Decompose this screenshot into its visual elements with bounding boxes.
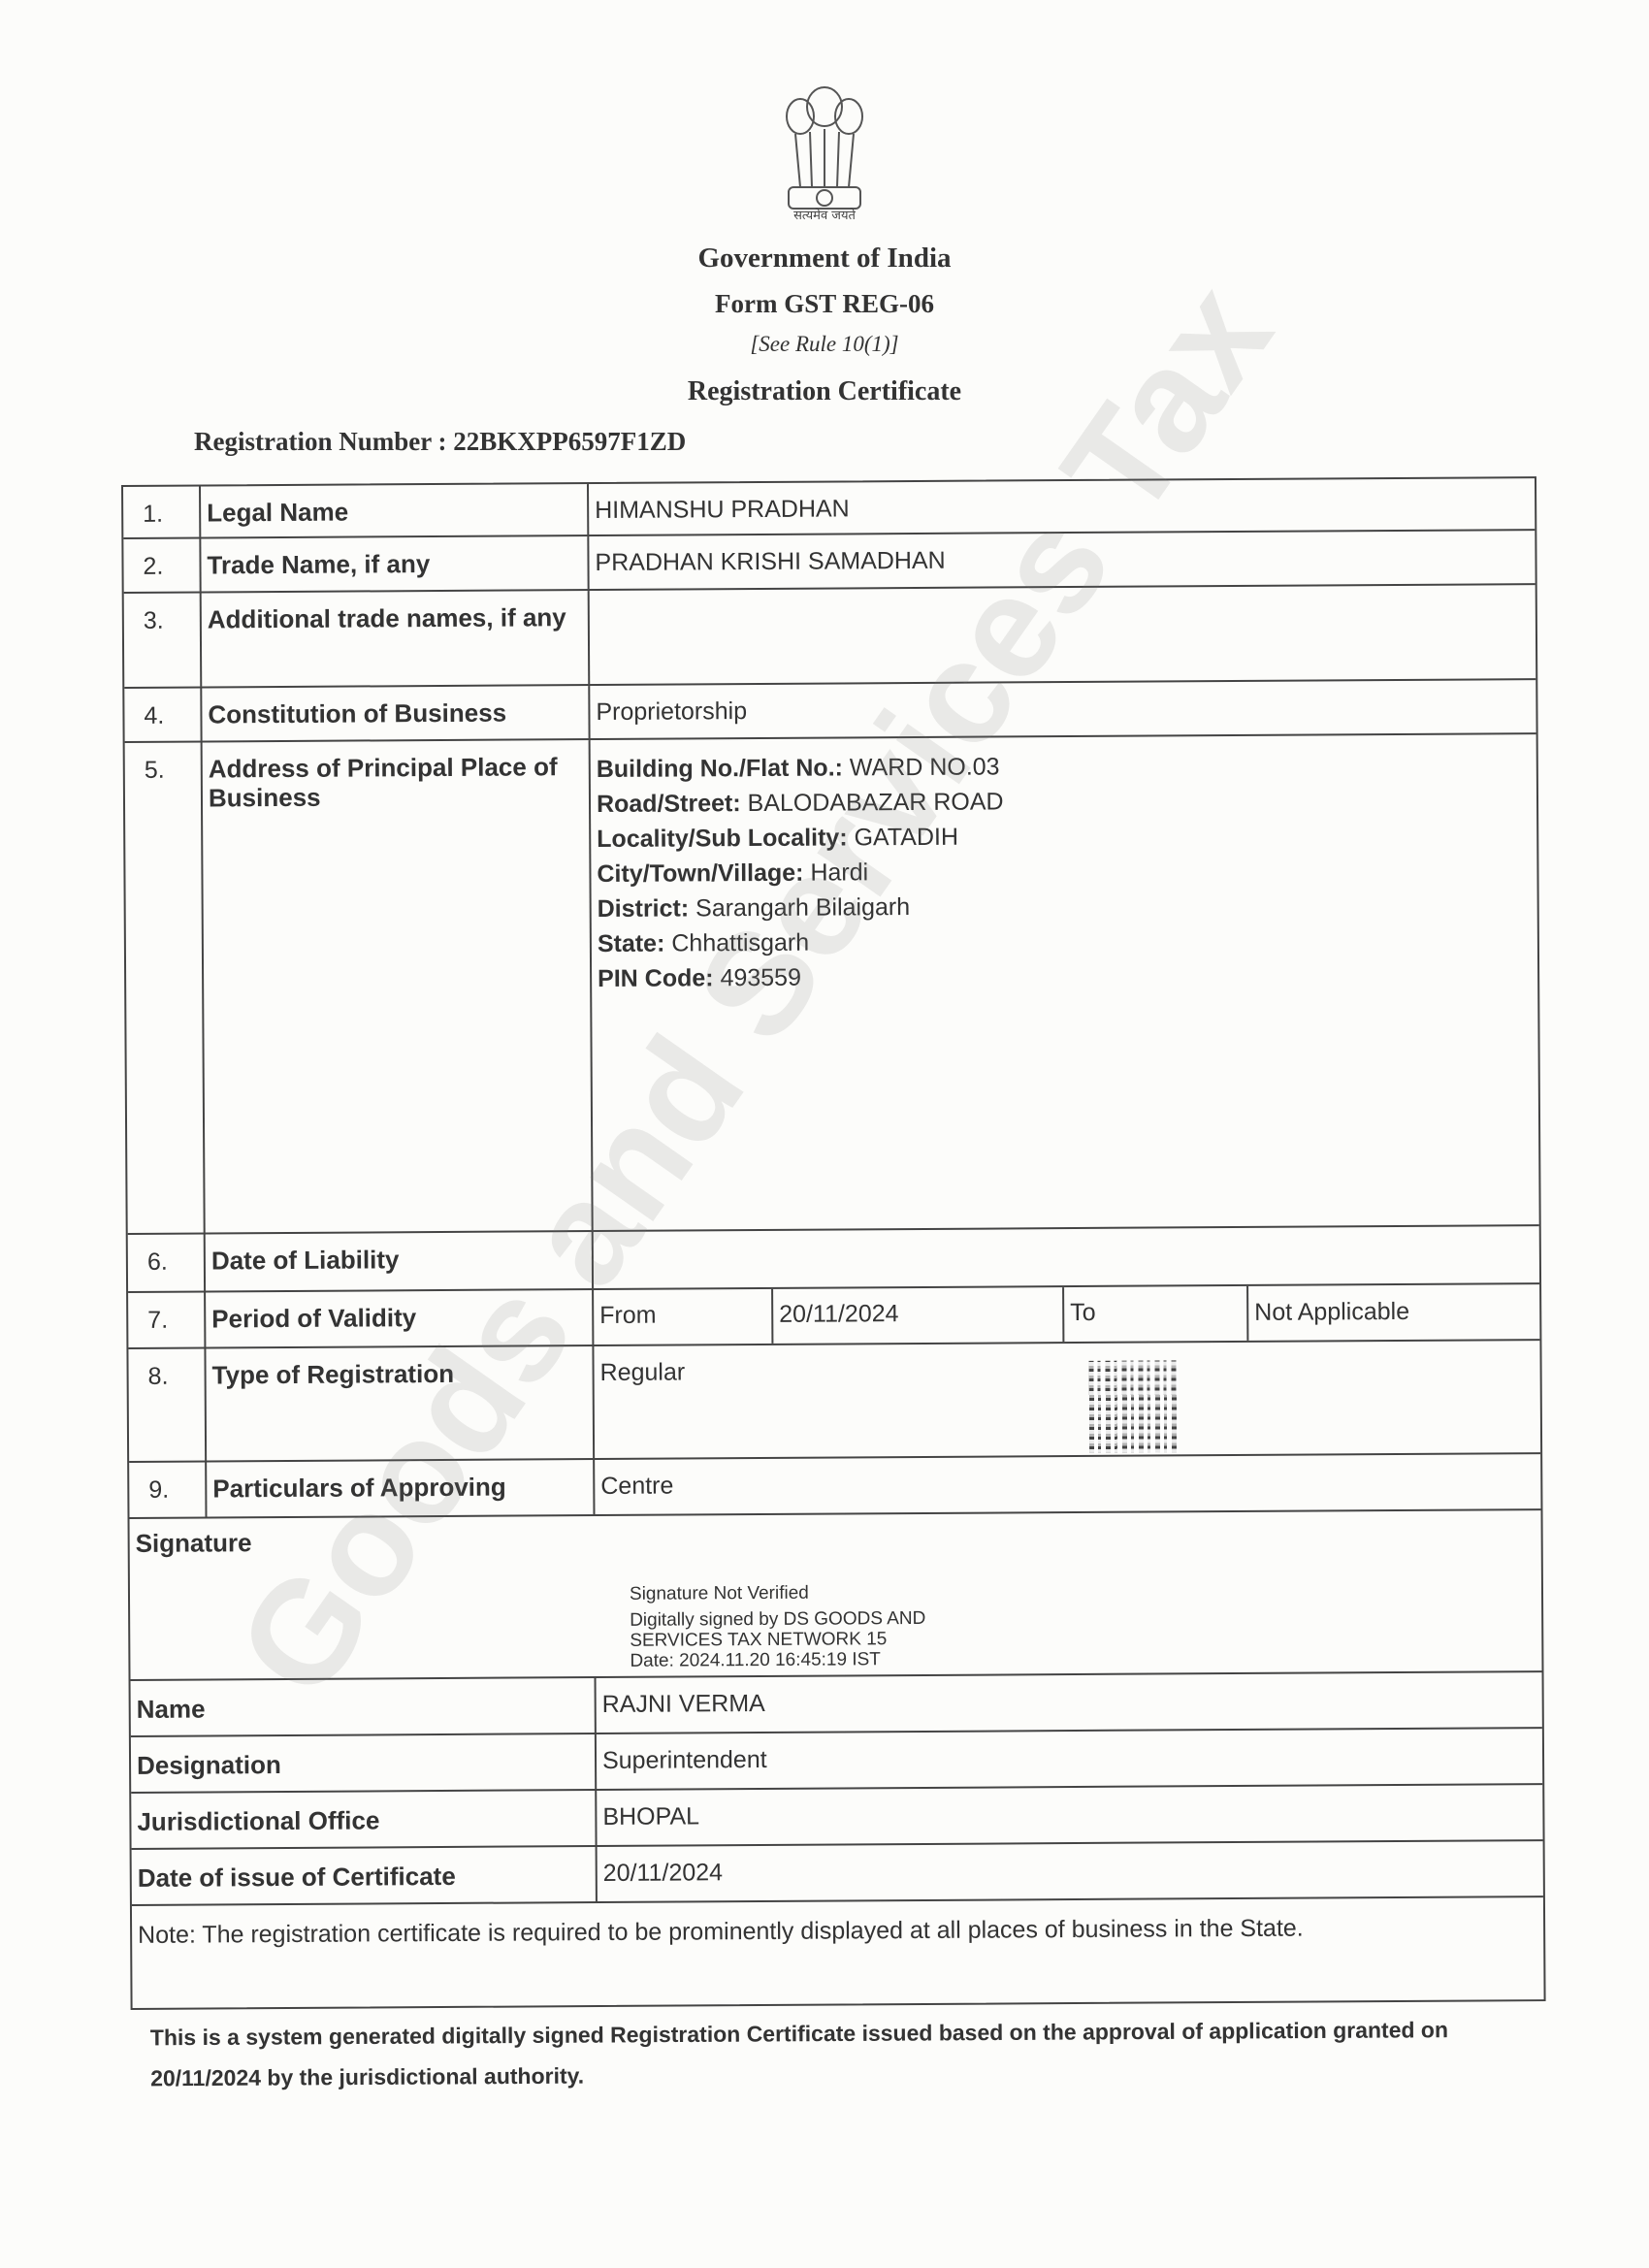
rule-reference: [See Rule 10(1)]	[0, 332, 1649, 357]
table-row: 7. Period of Validity From 20/11/2024 To…	[128, 1284, 1539, 1349]
issue-date-value: 20/11/2024	[598, 1841, 1543, 1901]
form-title: Form GST REG-06	[0, 289, 1649, 319]
officer-name-value: RAJNI VERMA	[597, 1672, 1542, 1733]
table-row: Date of issue of Certificate 20/11/2024	[132, 1841, 1543, 1906]
additional-trade-names-value	[590, 585, 1536, 684]
table-row: 6. Date of Liability	[128, 1226, 1539, 1293]
qr-code-icon	[1089, 1360, 1180, 1453]
footer-statement: This is a system generated digitally sig…	[150, 2009, 1528, 2099]
validity-from-value: 20/11/2024	[773, 1287, 1064, 1344]
table-row: 9. Particulars of Approving Centre	[129, 1454, 1540, 1519]
table-row: Jurisdictional Office BHOPAL	[131, 1785, 1542, 1850]
table-row: Designation Superintendent	[131, 1729, 1542, 1794]
certificate-table: 1. Legal Name HIMANSHU PRADHAN 2. Trade …	[121, 476, 1546, 2010]
legal-name-value: HIMANSHU PRADHAN	[589, 478, 1535, 535]
table-row: 1. Legal Name HIMANSHU PRADHAN	[123, 478, 1535, 539]
table-row: 4. Constitution of Business Proprietorsh…	[124, 680, 1536, 743]
approving-authority-value: Centre	[595, 1454, 1540, 1514]
national-emblem-icon	[771, 76, 878, 221]
emblem-motto: सत्यमेव जयते	[771, 206, 878, 223]
table-row: 8. Type of Registration Regular	[128, 1341, 1540, 1463]
validity-to-value: Not Applicable	[1248, 1284, 1539, 1341]
constitution-value: Proprietorship	[590, 680, 1536, 738]
trade-name-value: PRADHAN KRISHI SAMADHAN	[589, 531, 1535, 589]
display-note: Note: The registration certificate is re…	[132, 1897, 1544, 2008]
government-title: Government of India	[0, 243, 1649, 275]
table-row: Name RAJNI VERMA	[131, 1672, 1542, 1737]
designation-value: Superintendent	[597, 1729, 1542, 1789]
table-row: 5. Address of Principal Place of Busines…	[125, 734, 1539, 1235]
signature-block: Signature Signature Not Verified Digital…	[130, 1510, 1542, 1681]
address-value: Building No./Flat No.: WARD NO.03 Road/S…	[591, 734, 1539, 1230]
table-row: 3. Additional trade names, if any	[124, 585, 1536, 689]
registration-number: Registration Number : 22BKXPP6597F1ZD	[194, 427, 686, 457]
jurisdictional-office-value: BHOPAL	[597, 1785, 1542, 1845]
certificate-title: Registration Certificate	[0, 376, 1649, 407]
digital-signature: Signature Not Verified Digitally signed …	[630, 1582, 926, 1671]
table-row: 2. Trade Name, if any PRADHAN KRISHI SAM…	[123, 531, 1535, 594]
date-of-liability-value	[594, 1226, 1539, 1288]
registration-type-value: Regular	[594, 1341, 1540, 1458]
